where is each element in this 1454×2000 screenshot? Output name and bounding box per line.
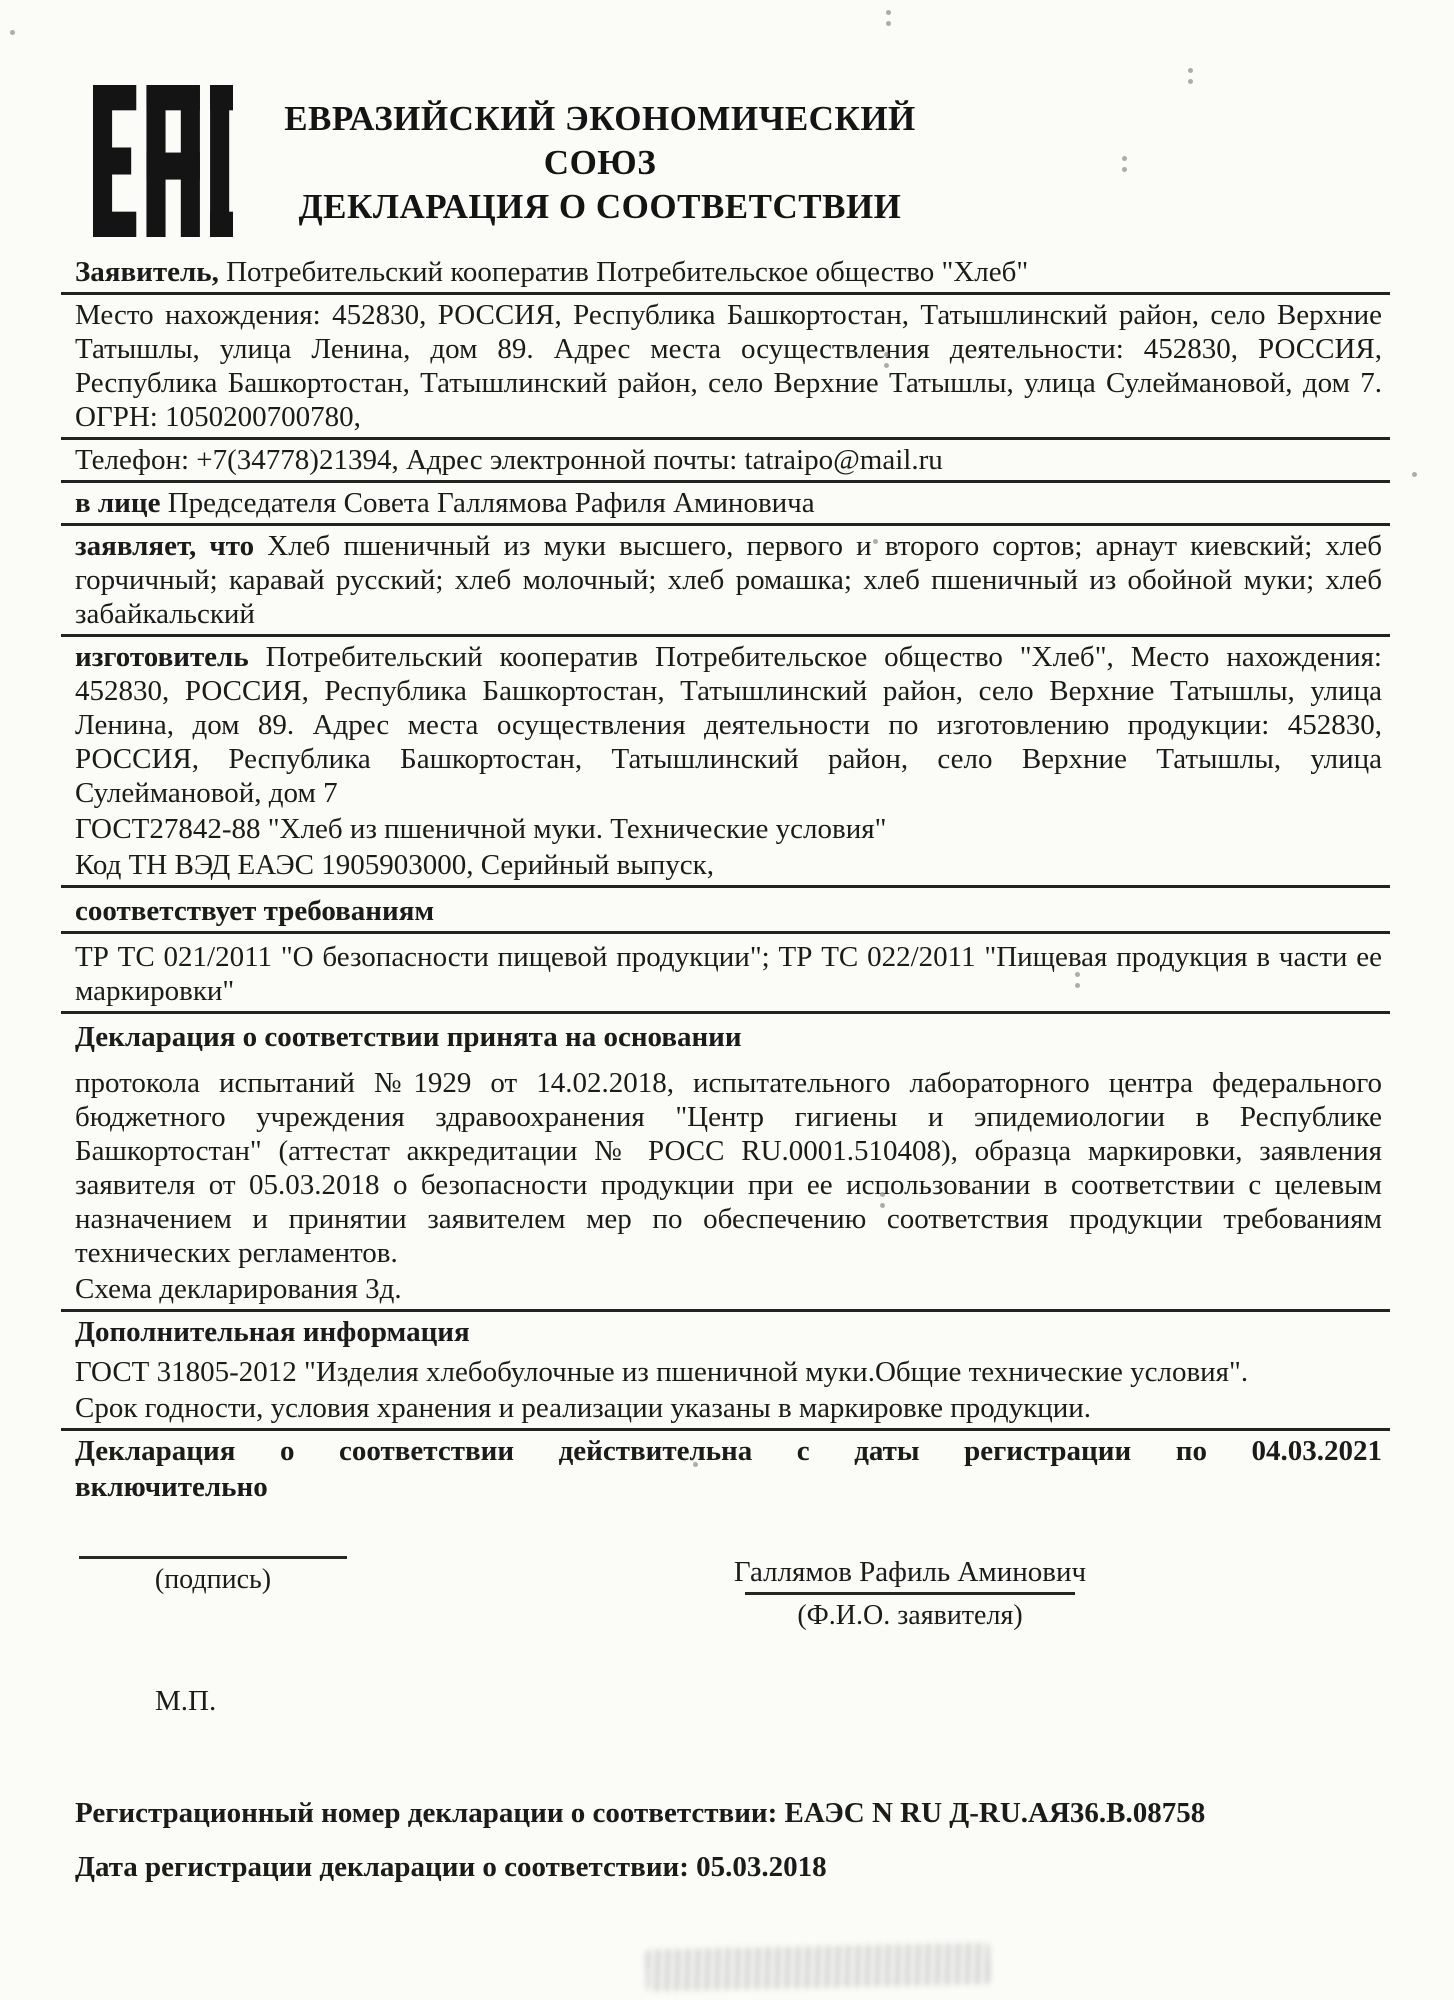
scan-artifact <box>10 30 15 35</box>
scan-artifact <box>873 539 878 544</box>
scan-artifact <box>1188 68 1193 73</box>
divider-line <box>61 931 1390 934</box>
scan-artifact <box>880 1192 885 1197</box>
signatory-area: Галлямов Рафиль Аминович (Ф.И.О. заявите… <box>690 1556 1130 1632</box>
declared-products-row: заявляет, что Хлеб пшеничный из муки выс… <box>75 529 1382 631</box>
scan-artifact <box>886 10 891 15</box>
scan-artifact <box>884 352 889 357</box>
tnved-code-row: Код ТН ВЭД ЕАЭС 1905903000, Серийный вып… <box>75 848 1382 882</box>
divider-line <box>61 437 1390 440</box>
validity-row: Декларация о соответствии действительна … <box>75 1434 1382 1468</box>
union-title: ЕВРАЗИЙСКИЙ ЭКОНОМИЧЕСКИЙ СОЮЗ <box>275 97 925 185</box>
contact-row: Телефон: +7(34778)21394, Адрес электронн… <box>75 443 1382 477</box>
document-content: ЕВРАЗИЙСКИЙ ЭКОНОМИЧЕСКИЙ СОЮЗ ДЕКЛАРАЦИ… <box>0 0 1454 1884</box>
applicant-value: Потребительский кооператив Потребительск… <box>226 256 1028 288</box>
basis-text: протокола испытаний №1929 от 14.02.2018,… <box>75 1066 1382 1270</box>
scan-smudge <box>646 1942 991 1991</box>
registration-date-row: Дата регистрации декларации о соответств… <box>75 1850 1382 1884</box>
manufacturer-label: изготовитель <box>75 641 249 673</box>
document-title: ДЕКЛАРАЦИЯ О СООТВЕТСТВИИ <box>275 185 925 229</box>
representative-row: в лице Председателя Совета Галлямова Раф… <box>75 486 1382 520</box>
scan-artifact <box>693 1462 698 1467</box>
representative-value: Председателя Совета Галлямова Рафиля Ами… <box>168 487 815 519</box>
divider-line <box>61 1011 1390 1014</box>
representative-label: в лице <box>75 487 160 519</box>
signatory-caption: (Ф.И.О. заявителя) <box>690 1599 1130 1632</box>
manufacturer-value: Потребительский кооператив Потребительск… <box>75 641 1382 809</box>
validity-row-continuation: включительно <box>75 1470 1382 1504</box>
divider-line <box>61 292 1390 295</box>
signature-block: (подпись) Галлямов Рафиль Аминович (Ф.И.… <box>75 1556 1382 1632</box>
signature-area: (подпись) <box>79 1556 347 1632</box>
declared-products-value: Хлеб пшеничный из муки высшего, первого … <box>75 530 1382 630</box>
eac-logo-icon <box>93 85 233 237</box>
signatory-name: Галлямов Рафиль Аминович <box>690 1556 1130 1589</box>
stamp-placeholder: М.П. <box>155 1684 1382 1718</box>
basis-heading: Декларация о соответствии принята на осн… <box>75 1020 1382 1054</box>
regulations-row: ТР ТС 021/2011 "О безопасности пищевой п… <box>75 940 1382 1008</box>
applicant-address: Место нахождения: 452830, РОССИЯ, Респуб… <box>75 298 1382 434</box>
divider-line <box>61 1428 1390 1431</box>
scan-artifact <box>1412 472 1417 477</box>
additional-info-heading: Дополнительная информация <box>75 1315 1382 1349</box>
scheme-row: Схема декларирования 3д. <box>75 1272 1382 1306</box>
applicant-label: Заявитель, <box>75 256 219 288</box>
divider-line <box>61 1309 1390 1312</box>
divider-line <box>61 634 1390 637</box>
divider-line <box>61 480 1390 483</box>
complies-heading: соответствует требованиям <box>75 894 1382 928</box>
applicant-row: Заявитель, Потребительский кооператив По… <box>75 255 1382 289</box>
signature-line <box>79 1556 347 1559</box>
registration-number-row: Регистрационный номер декларации о соотв… <box>75 1796 1382 1830</box>
additional-gost-row: ГОСТ 31805-2012 "Изделия хлебобулочные и… <box>75 1355 1382 1389</box>
manufacturer-row: изготовитель Потребительский кооператив … <box>75 640 1382 810</box>
signature-caption: (подпись) <box>79 1563 347 1596</box>
divider-line <box>61 523 1390 526</box>
additional-storage-row: Срок годности, условия хранения и реализ… <box>75 1391 1382 1425</box>
scan-artifact <box>1122 156 1127 161</box>
signatory-line <box>745 1592 1075 1595</box>
declares-label: заявляет, что <box>75 530 254 562</box>
gost-standard-row: ГОСТ27842-88 "Хлеб из пшеничной муки. Те… <box>75 812 1382 846</box>
scan-artifact <box>1075 972 1080 977</box>
document-header: ЕВРАЗИЙСКИЙ ЭКОНОМИЧЕСКИЙ СОЮЗ ДЕКЛАРАЦИ… <box>93 85 1382 237</box>
divider-line <box>61 885 1390 888</box>
title-block: ЕВРАЗИЙСКИЙ ЭКОНОМИЧЕСКИЙ СОЮЗ ДЕКЛАРАЦИ… <box>275 85 925 229</box>
document-page: ЕВРАЗИЙСКИЙ ЭКОНОМИЧЕСКИЙ СОЮЗ ДЕКЛАРАЦИ… <box>0 0 1454 2000</box>
